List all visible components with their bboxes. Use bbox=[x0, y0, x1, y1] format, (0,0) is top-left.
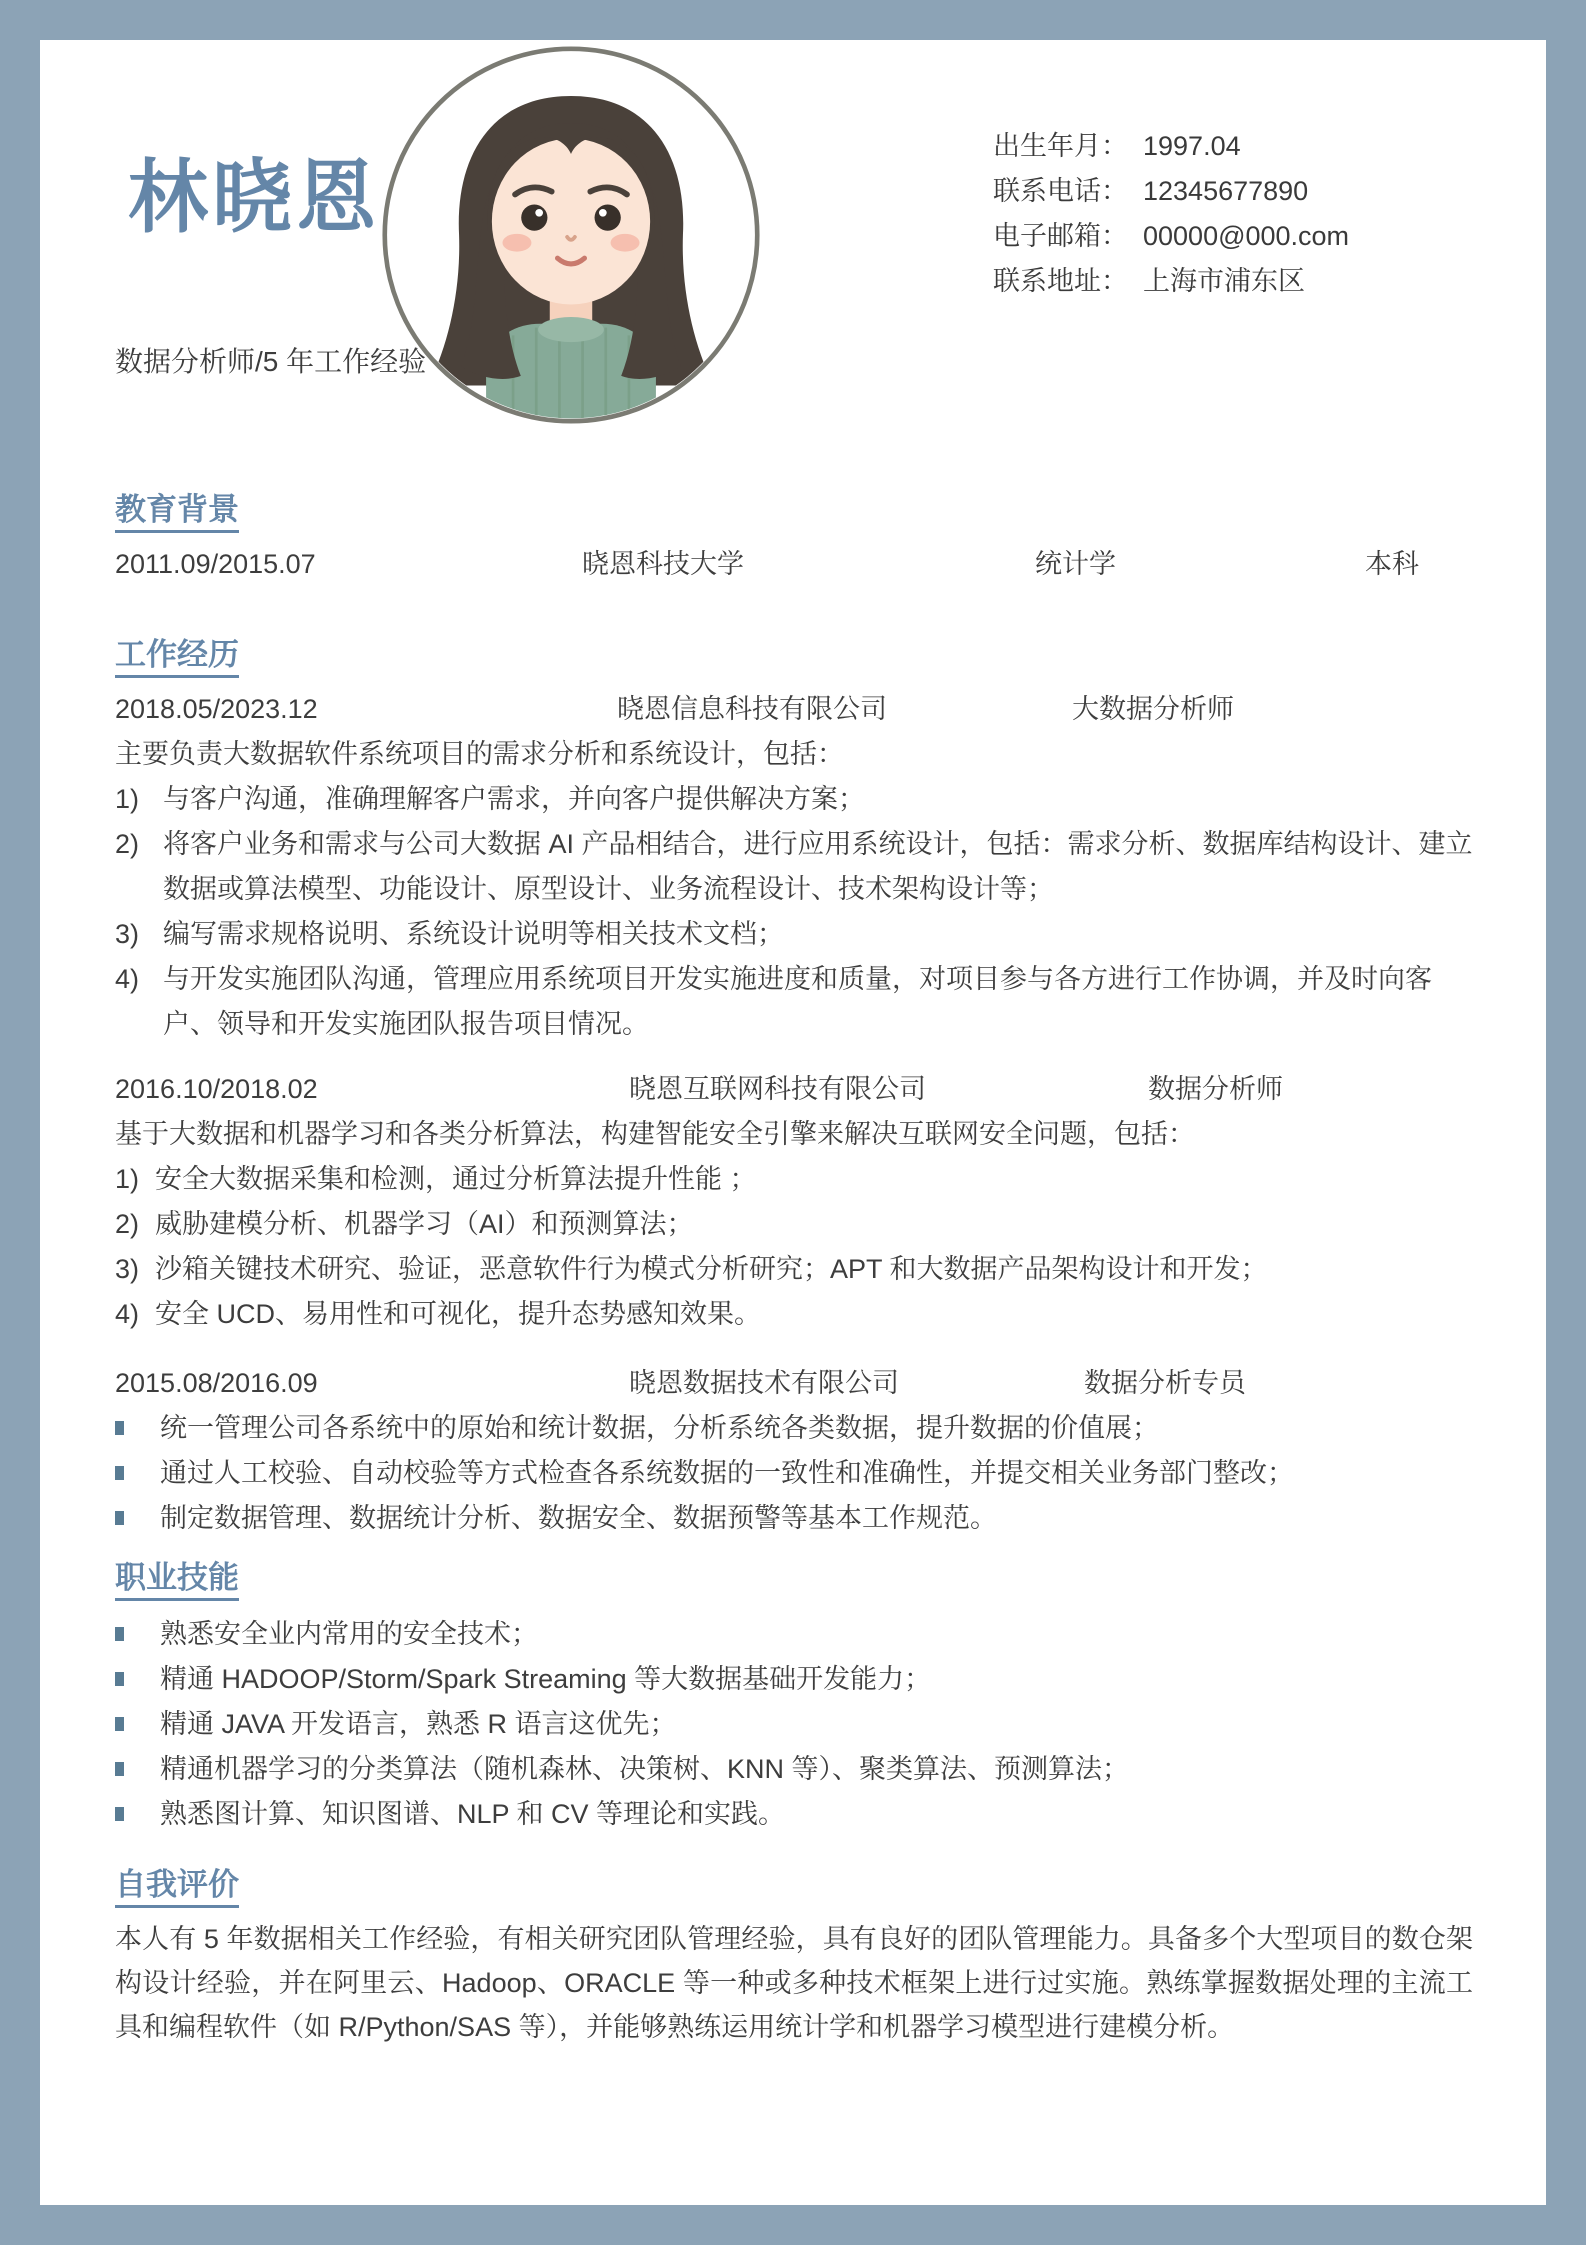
square-bullet-icon bbox=[115, 1807, 124, 1821]
section-title-skills: 职业技能 bbox=[115, 1558, 1473, 1598]
square-bullet-icon bbox=[115, 1717, 124, 1731]
section-experience: 工作经历 2018.05/2023.12 晓恩信息科技有限公司 大数据分析师 主… bbox=[115, 635, 1473, 1541]
profile-photo bbox=[378, 42, 764, 428]
section-title-education: 教育背景 bbox=[115, 490, 1473, 530]
square-bullet-icon bbox=[115, 1627, 124, 1641]
square-bullet-icon bbox=[115, 1511, 124, 1525]
skill-text: 精通 JAVA 开发语言，熟悉 R 语言这优先； bbox=[160, 1702, 1473, 1747]
job-duty: 通过人工校验、自动校验等方式检查各系统数据的一致性和准确性，并提交相关业务部门整… bbox=[115, 1451, 1473, 1496]
education-major: 统计学 bbox=[1035, 542, 1116, 587]
job-company: 晓恩数据技术有限公司 bbox=[629, 1361, 899, 1406]
skill-item: 熟悉图计算、知识图谱、NLP 和 CV 等理论和实践。 bbox=[115, 1792, 1473, 1837]
duty-text: 与客户沟通，准确理解客户需求，并向客户提供解决方案； bbox=[163, 777, 1473, 822]
square-bullet-icon bbox=[115, 1421, 124, 1435]
duty-number: 2) bbox=[115, 822, 163, 912]
job-duty: 2)将客户业务和需求与公司大数据 AI 产品相结合，进行应用系统设计，包括：需求… bbox=[115, 822, 1473, 912]
contact-block: 出生年月：1997.04 联系电话：12345677890 电子邮箱：00000… bbox=[993, 124, 1349, 304]
job-header-row: 2016.10/2018.02 晓恩互联网科技有限公司 数据分析师 bbox=[115, 1067, 1473, 1112]
duty-text: 编写需求规格说明、系统设计说明等相关技术文档； bbox=[163, 912, 1473, 957]
job-intro: 主要负责大数据软件系统项目的需求分析和系统设计，包括： bbox=[115, 732, 1473, 777]
duty-number: 2) bbox=[115, 1202, 155, 1247]
duty-text: 与开发实施团队沟通，管理应用系统项目开发实施进度和质量，对项目参与各方进行工作协… bbox=[163, 957, 1473, 1047]
job-role: 数据分析专员 bbox=[1084, 1361, 1246, 1406]
contact-label: 联系地址： bbox=[993, 259, 1143, 304]
skill-text: 精通机器学习的分类算法（随机森林、决策树、KNN 等）、聚类算法、预测算法； bbox=[160, 1747, 1473, 1792]
job-period: 2018.05/2023.12 bbox=[115, 687, 318, 732]
avatar-face bbox=[492, 139, 650, 305]
square-bullet-icon bbox=[115, 1672, 124, 1686]
duty-text: 通过人工校验、自动校验等方式检查各系统数据的一致性和准确性，并提交相关业务部门整… bbox=[160, 1451, 1473, 1496]
job-duty: 制定数据管理、数据统计分析、数据安全、数据预警等基本工作规范。 bbox=[115, 1496, 1473, 1541]
skill-text: 熟悉安全业内常用的安全技术； bbox=[160, 1612, 1473, 1657]
job-company: 晓恩信息科技有限公司 bbox=[617, 687, 887, 732]
candidate-name: 林晓恩 bbox=[128, 152, 380, 244]
job-duty: 4)与开发实施团队沟通，管理应用系统项目开发实施进度和质量，对项目参与各方进行工… bbox=[115, 957, 1473, 1047]
job-header-row: 2015.08/2016.09 晓恩数据技术有限公司 数据分析专员 bbox=[115, 1361, 1473, 1406]
section-title-experience: 工作经历 bbox=[115, 635, 1473, 675]
job-duty: 2)威胁建模分析、机器学习（AI）和预测算法； bbox=[115, 1202, 1473, 1247]
contact-label: 电子邮箱： bbox=[993, 214, 1143, 259]
square-bullet-icon bbox=[115, 1762, 124, 1776]
job-company: 晓恩互联网科技有限公司 bbox=[629, 1067, 926, 1112]
job-duty: 3)沙箱关键技术研究、验证，恶意软件行为模式分析研究；APT 和大数据产品架构设… bbox=[115, 1247, 1473, 1292]
evaluation-text: 本人有 5 年数据相关工作经验，有相关研究团队管理经验，具有良好的团队管理能力。… bbox=[115, 1917, 1473, 2049]
job-role: 数据分析师 bbox=[1148, 1067, 1283, 1112]
contact-value: 00000@000.com bbox=[1143, 221, 1349, 251]
duty-number: 1) bbox=[115, 1157, 155, 1202]
duty-text: 沙箱关键技术研究、验证，恶意软件行为模式分析研究；APT 和大数据产品架构设计和… bbox=[155, 1247, 1473, 1292]
square-bullet-icon bbox=[115, 1466, 124, 1480]
duty-number: 4) bbox=[115, 957, 163, 1047]
duty-text: 威胁建模分析、机器学习（AI）和预测算法； bbox=[155, 1202, 1473, 1247]
section-evaluation: 自我评价 本人有 5 年数据相关工作经验，有相关研究团队管理经验，具有良好的团队… bbox=[115, 1865, 1473, 2049]
section-skills: 职业技能 熟悉安全业内常用的安全技术； 精通 HADOOP/Storm/Spar… bbox=[115, 1558, 1473, 1837]
resume-content: 林晓恩 数据分析师/5 年工作经验 bbox=[40, 40, 1546, 2205]
duty-number: 3) bbox=[115, 1247, 155, 1292]
job-duty: 统一管理公司各系统中的原始和统计数据，分析系统各类数据，提升数据的价值展； bbox=[115, 1406, 1473, 1451]
job-period: 2015.08/2016.09 bbox=[115, 1361, 318, 1406]
job-duty: 1)与客户沟通，准确理解客户需求，并向客户提供解决方案； bbox=[115, 777, 1473, 822]
section-education: 教育背景 2011.09/2015.07 晓恩科技大学 统计学 本科 bbox=[115, 490, 1473, 587]
duty-number: 4) bbox=[115, 1292, 155, 1337]
skill-item: 精通机器学习的分类算法（随机森林、决策树、KNN 等）、聚类算法、预测算法； bbox=[115, 1747, 1473, 1792]
contact-birth: 出生年月：1997.04 bbox=[993, 124, 1349, 169]
duty-text: 安全大数据采集和检测，通过分析算法提升性能 ； bbox=[155, 1157, 1473, 1202]
contact-label: 联系电话： bbox=[993, 169, 1143, 214]
skill-item: 熟悉安全业内常用的安全技术； bbox=[115, 1612, 1473, 1657]
contact-email: 电子邮箱：00000@000.com bbox=[993, 214, 1349, 259]
education-school: 晓恩科技大学 bbox=[582, 542, 744, 587]
section-title-evaluation: 自我评价 bbox=[115, 1865, 1473, 1905]
duty-text: 制定数据管理、数据统计分析、数据安全、数据预警等基本工作规范。 bbox=[160, 1496, 1473, 1541]
duty-text: 将客户业务和需求与公司大数据 AI 产品相结合，进行应用系统设计，包括：需求分析… bbox=[163, 822, 1473, 912]
job-duty: 4)安全 UCD、易用性和可视化，提升态势感知效果。 bbox=[115, 1292, 1473, 1337]
job-entry: 2016.10/2018.02 晓恩互联网科技有限公司 数据分析师 基于大数据和… bbox=[115, 1067, 1473, 1337]
education-row: 2011.09/2015.07 晓恩科技大学 统计学 本科 bbox=[115, 542, 1473, 587]
skill-item: 精通 JAVA 开发语言，熟悉 R 语言这优先； bbox=[115, 1702, 1473, 1747]
skill-text: 熟悉图计算、知识图谱、NLP 和 CV 等理论和实践。 bbox=[160, 1792, 1473, 1837]
job-entry: 2015.08/2016.09 晓恩数据技术有限公司 数据分析专员 统一管理公司… bbox=[115, 1361, 1473, 1541]
contact-value: 上海市浦东区 bbox=[1143, 266, 1305, 296]
education-degree: 本科 bbox=[1365, 542, 1419, 587]
job-intro: 基于大数据和机器学习和各类分析算法，构建智能安全引擎来解决互联网安全问题，包括： bbox=[115, 1112, 1473, 1157]
job-duty: 3)编写需求规格说明、系统设计说明等相关技术文档； bbox=[115, 912, 1473, 957]
duty-number: 1) bbox=[115, 777, 163, 822]
skill-item: 精通 HADOOP/Storm/Spark Streaming 等大数据基础开发… bbox=[115, 1657, 1473, 1702]
job-period: 2016.10/2018.02 bbox=[115, 1067, 318, 1112]
job-role: 大数据分析师 bbox=[1072, 687, 1234, 732]
duty-text: 统一管理公司各系统中的原始和统计数据，分析系统各类数据，提升数据的价值展； bbox=[160, 1406, 1473, 1451]
skill-text: 精通 HADOOP/Storm/Spark Streaming 等大数据基础开发… bbox=[160, 1657, 1473, 1702]
contact-label: 出生年月： bbox=[993, 124, 1143, 169]
skills-list: 熟悉安全业内常用的安全技术； 精通 HADOOP/Storm/Spark Str… bbox=[115, 1612, 1473, 1837]
job-header-row: 2018.05/2023.12 晓恩信息科技有限公司 大数据分析师 bbox=[115, 687, 1473, 732]
job-duty: 1)安全大数据采集和检测，通过分析算法提升性能 ； bbox=[115, 1157, 1473, 1202]
contact-value: 1997.04 bbox=[1143, 131, 1241, 161]
contact-value: 12345677890 bbox=[1143, 176, 1308, 206]
resume-page: 林晓恩 数据分析师/5 年工作经验 bbox=[0, 0, 1586, 2245]
education-period: 2011.09/2015.07 bbox=[115, 542, 316, 587]
duty-number: 3) bbox=[115, 912, 163, 957]
contact-phone: 联系电话：12345677890 bbox=[993, 169, 1349, 214]
contact-address: 联系地址：上海市浦东区 bbox=[993, 259, 1349, 304]
duty-text: 安全 UCD、易用性和可视化，提升态势感知效果。 bbox=[155, 1292, 1473, 1337]
job-entry: 2018.05/2023.12 晓恩信息科技有限公司 大数据分析师 主要负责大数… bbox=[115, 687, 1473, 1047]
